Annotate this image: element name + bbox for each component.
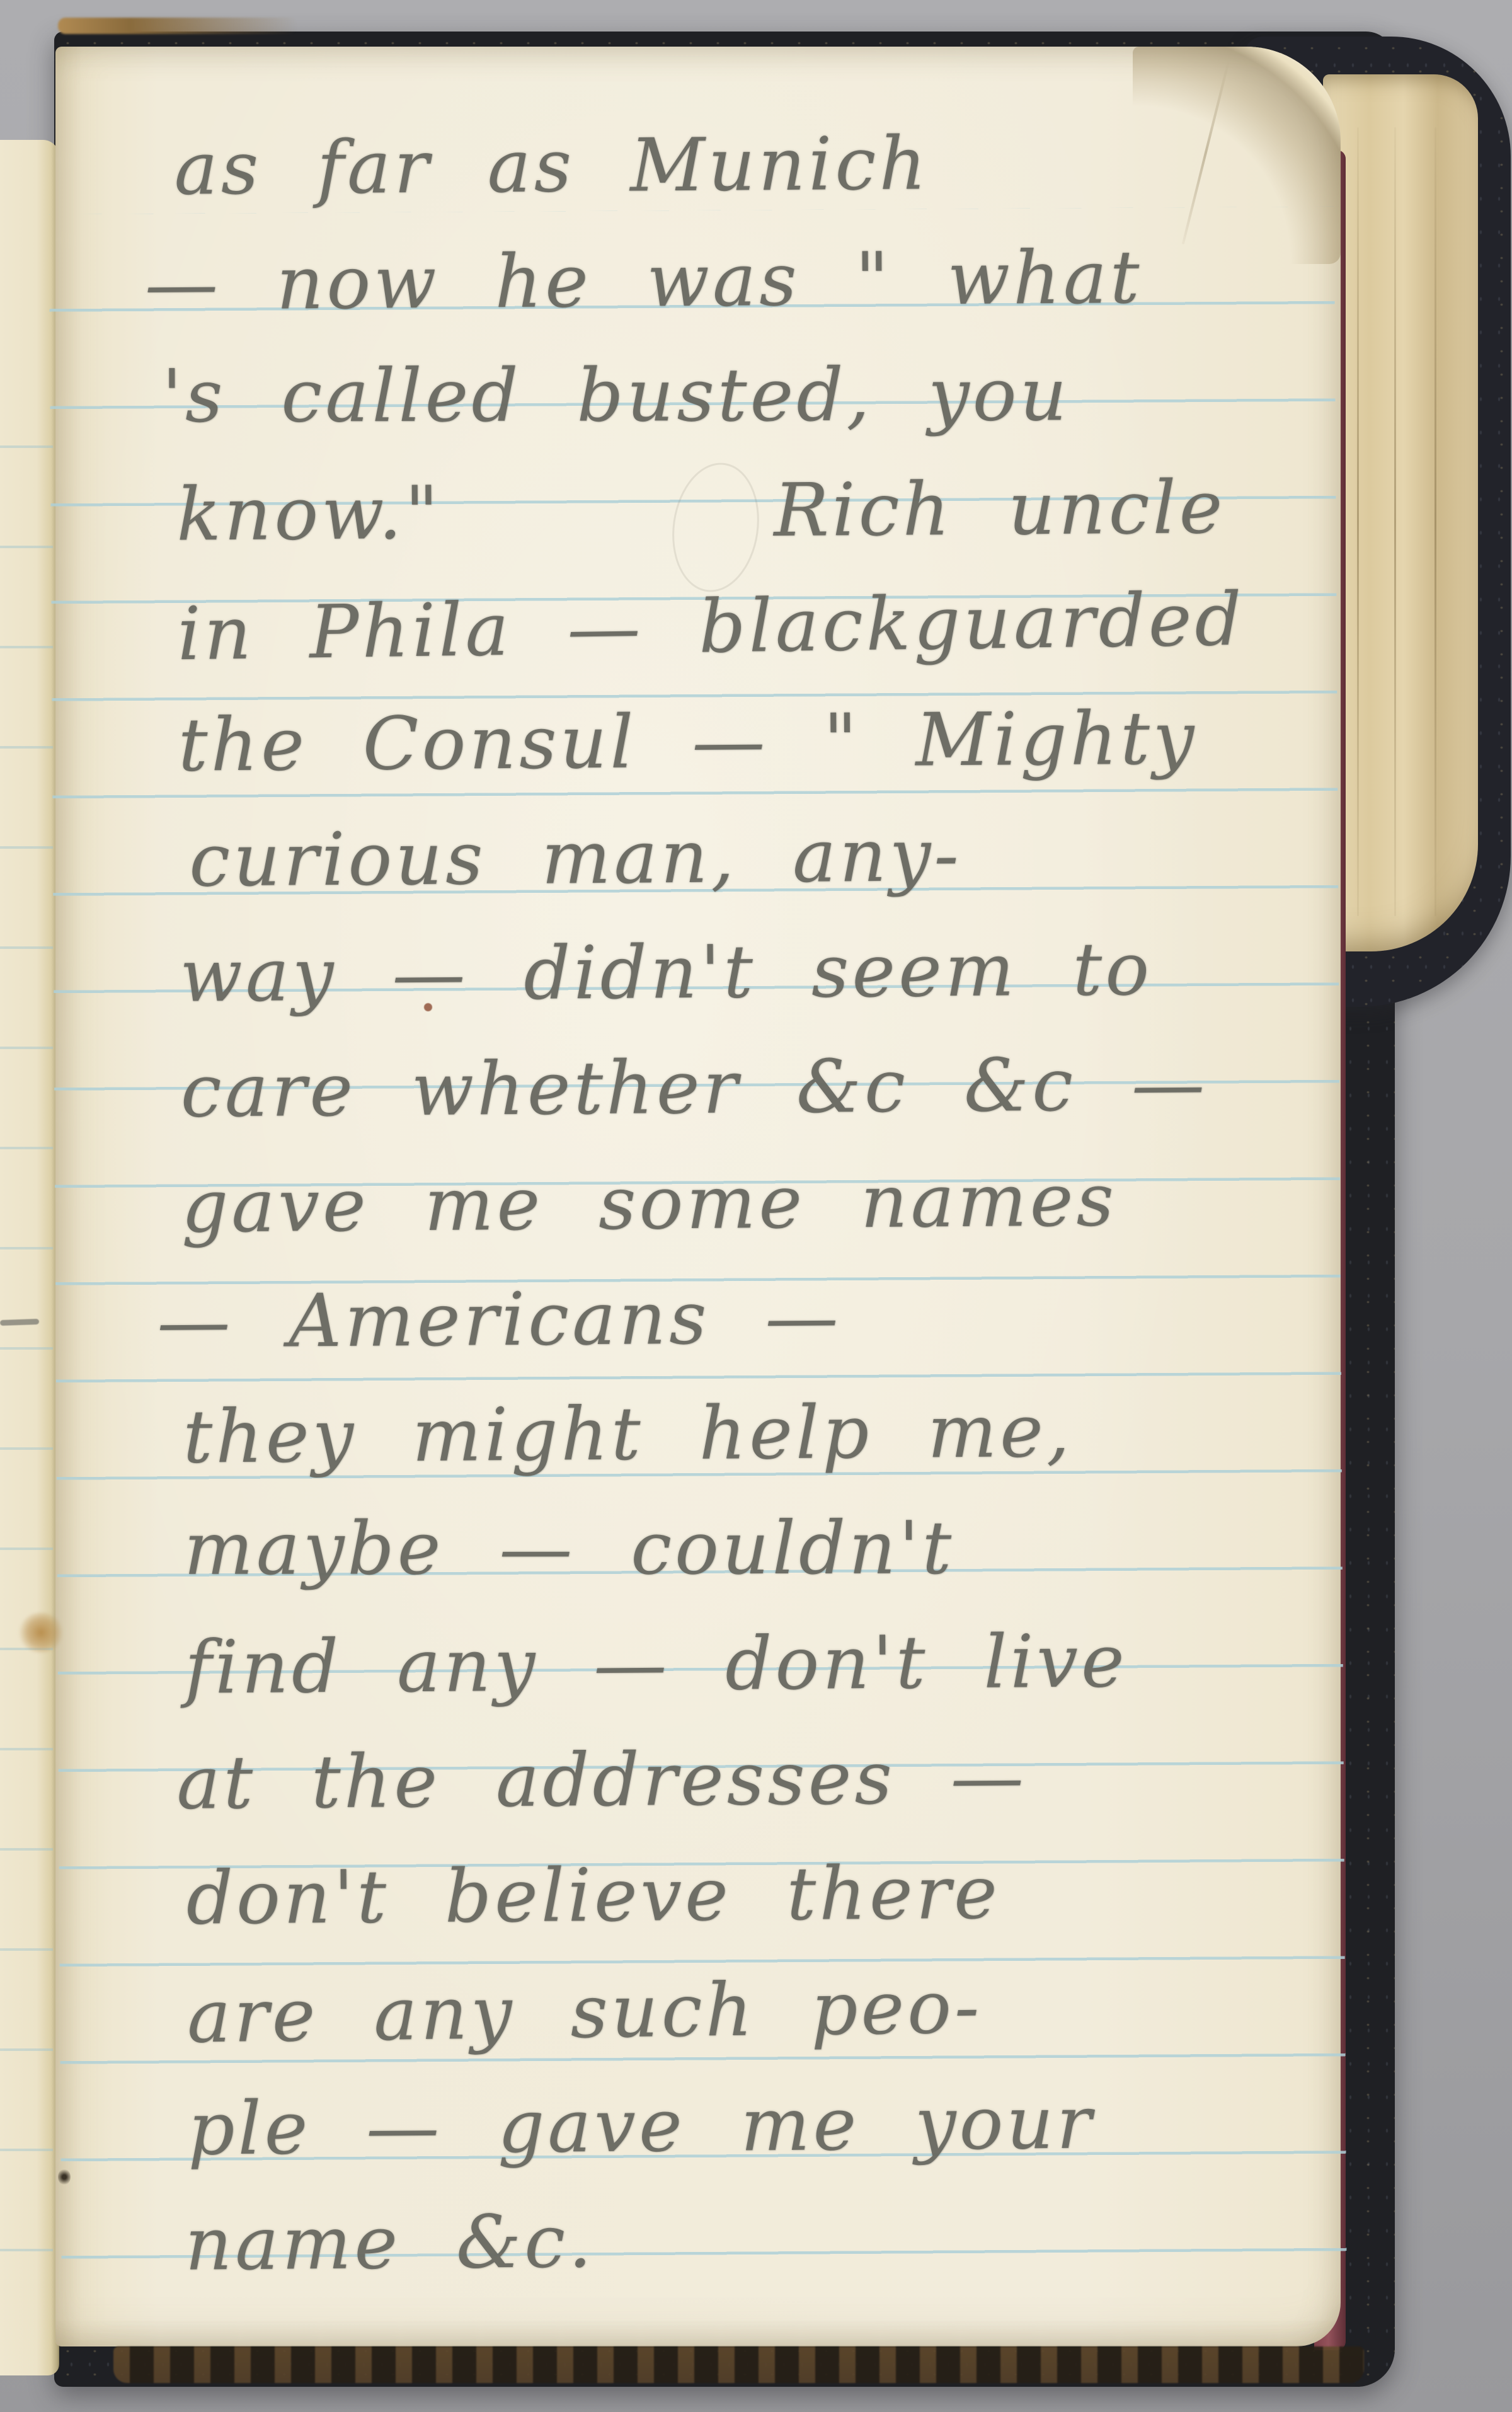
handwritten-line: care whether &c &c — <box>180 1025 1378 1149</box>
dark-speck <box>58 2169 71 2185</box>
handwritten-line: don't believe there <box>186 1832 1383 1956</box>
handwritten-line: way — didn't seem to <box>180 910 1377 1033</box>
handwritten-line: ple — gave me your <box>188 2063 1385 2186</box>
handwritten-line: at the addresses — <box>176 1717 1383 1841</box>
handwritten-line: 's called busted, you <box>162 336 1373 454</box>
handwritten-line: find any — don't live <box>184 1602 1382 1725</box>
handwritten-line: — now he was " what <box>144 218 1372 342</box>
handwritten-line: the Consul — " Mighty <box>178 679 1375 803</box>
page-edge-crease <box>1435 127 1436 917</box>
handwritten-line: in Phila — blackguarded <box>176 560 1375 692</box>
worn-top-edge <box>58 18 297 34</box>
handwritten-line: curious man, any- <box>189 795 1377 918</box>
handwritten-line: gave me some names <box>181 1140 1378 1264</box>
handwritten-line: name &c. <box>185 2178 1386 2302</box>
handwriting-block: as far as Munich — now he was " what 's … <box>174 103 1386 2302</box>
previous-page-ruled-lines <box>0 348 53 2338</box>
notebook-page: as far as Munich — now he was " what 's … <box>55 47 1341 2346</box>
handwritten-line: they might help me, <box>183 1371 1380 1495</box>
handwritten-line: are any such peo- <box>186 1944 1385 2074</box>
worn-bottom-edge <box>113 2346 1364 2383</box>
handwritten-line: know." Rich uncle <box>176 449 1374 572</box>
stain-spot <box>19 1612 63 1653</box>
handwritten-line: maybe — couldn't <box>184 1490 1381 1607</box>
handwritten-line: — Americans — <box>157 1256 1380 1380</box>
page-edge-crease <box>1394 127 1396 917</box>
photo-backdrop: { "document": { "type": "handwritten-not… <box>0 0 1512 2412</box>
handwritten-line: as far as Munich <box>174 103 1372 226</box>
